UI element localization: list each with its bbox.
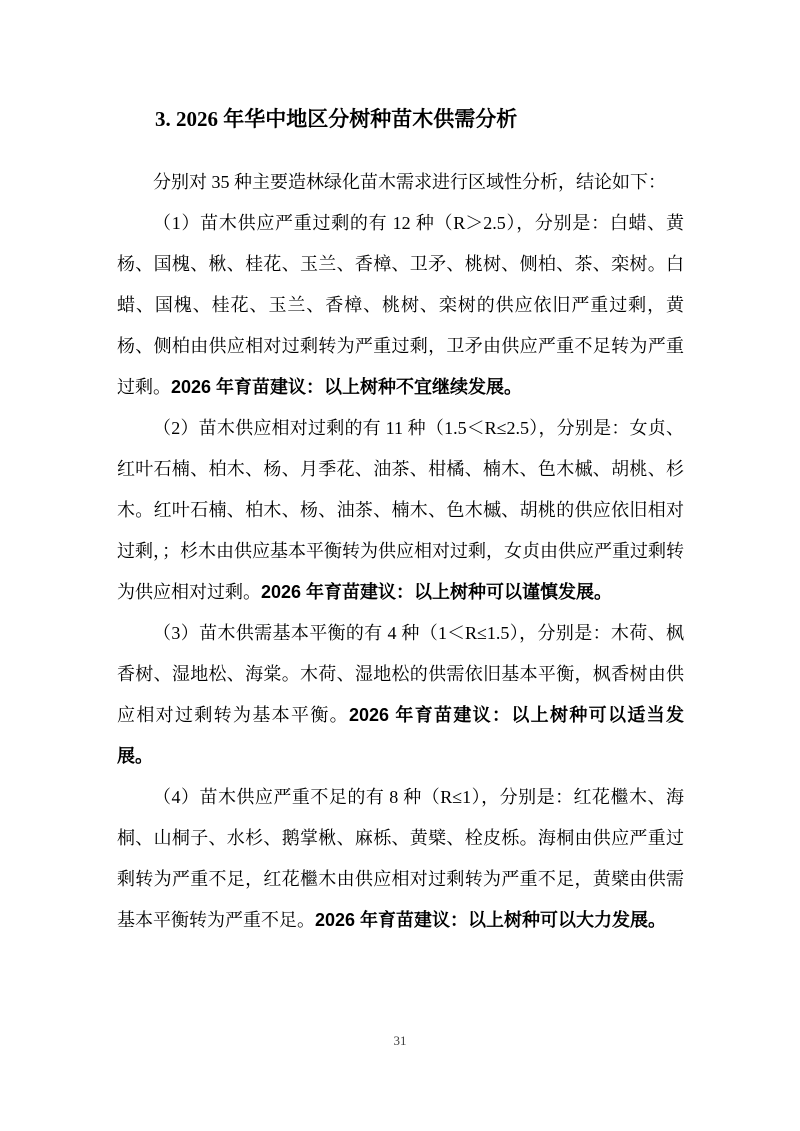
analysis-paragraph-1: （1）苗木供应严重过剩的有 12 种（R＞2.5），分别是：白蜡、黄杨、国槐、楸… — [117, 203, 684, 408]
intro-paragraph: 分别对 35 种主要造林绿化苗木需求进行区域性分析，结论如下： — [117, 162, 684, 203]
recommendation-text: 2026 年育苗建议：以上树种可以大力发展。 — [315, 910, 666, 930]
document-page: 3. 2026 年华中地区分树种苗木供需分析 分别对 35 种主要造林绿化苗木需… — [0, 0, 800, 1131]
page-content: 3. 2026 年华中地区分树种苗木供需分析 分别对 35 种主要造林绿化苗木需… — [117, 104, 684, 941]
paragraph-body: （4）苗木供应严重不足的有 8 种（R≤1），分别是：红花檵木、海桐、山桐子、水… — [117, 787, 684, 930]
analysis-paragraph-2: （2）苗木供应相对过剩的有 11 种（1.5＜R≤2.5），分别是：女贞、红叶石… — [117, 408, 684, 613]
analysis-paragraph-4: （4）苗木供应严重不足的有 8 种（R≤1），分别是：红花檵木、海桐、山桐子、水… — [117, 777, 684, 941]
section-heading: 3. 2026 年华中地区分树种苗木供需分析 — [117, 104, 684, 134]
paragraph-body: （2）苗木供应相对过剩的有 11 种（1.5＜R≤2.5），分别是：女贞、红叶石… — [117, 418, 684, 602]
analysis-paragraph-3: （3）苗木供需基本平衡的有 4 种（1＜R≤1.5），分别是：木荷、枫香树、湿地… — [117, 613, 684, 777]
recommendation-text: 2026 年育苗建议：以上树种可以谨慎发展。 — [261, 582, 612, 602]
recommendation-text: 2026 年育苗建议：以上树种不宜继续发展。 — [171, 377, 522, 397]
page-number: 31 — [0, 1033, 800, 1049]
paragraph-body: （1）苗木供应严重过剩的有 12 种（R＞2.5），分别是：白蜡、黄杨、国槐、楸… — [117, 213, 684, 397]
